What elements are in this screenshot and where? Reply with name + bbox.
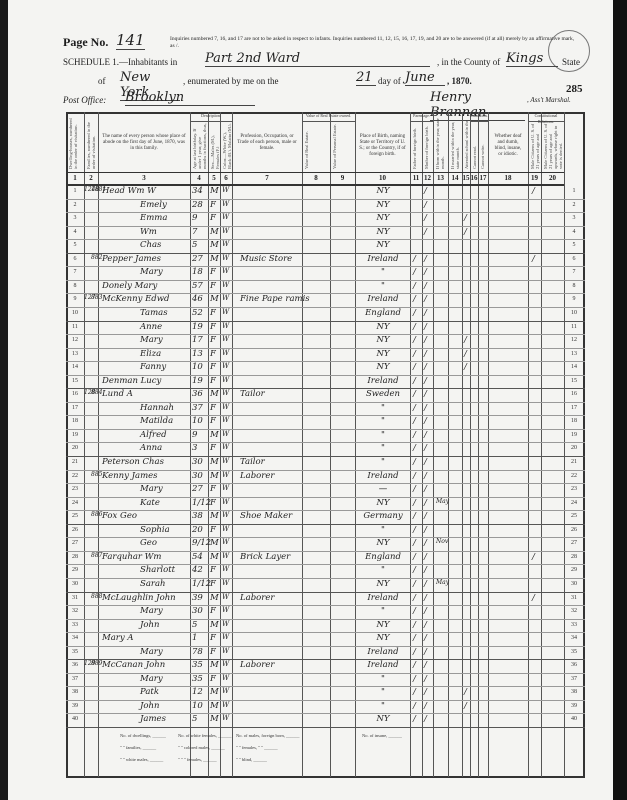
row-number-left: 12: [68, 337, 82, 343]
cell-birthplace: Ireland: [360, 647, 406, 657]
row-number-right: 33: [567, 622, 581, 628]
row-number-right: 29: [567, 567, 581, 573]
row-number-right: 1: [567, 188, 581, 194]
cell-age: 5: [192, 714, 197, 724]
cell-c12: /: [424, 281, 427, 291]
cell-birthplace: NY: [360, 538, 406, 548]
cell-birthplace: ": [360, 403, 406, 413]
row-number-right: 25: [567, 513, 581, 519]
cell-c11: /: [413, 687, 416, 697]
row-number-left: 10: [68, 310, 82, 316]
column-number-6: 6: [220, 174, 232, 182]
cell-c11: /: [413, 471, 416, 481]
cell-sex: M: [210, 471, 219, 481]
cell-c12: /: [424, 647, 427, 657]
cell-c12: /: [424, 633, 427, 643]
cell-c11: /: [413, 416, 416, 426]
cell-sex: F: [210, 403, 216, 413]
row-number-left: 8: [68, 283, 82, 289]
row-number-right: 18: [567, 418, 581, 424]
cell-color: W: [222, 322, 229, 330]
column-header-18: Whether deaf and dumb, blind, insane, or…: [492, 134, 524, 158]
cell-c11: /: [413, 606, 416, 616]
cell-c12: /: [424, 227, 427, 237]
cell-sex: M: [210, 593, 219, 603]
row-number-right: 32: [567, 608, 581, 614]
cell-age: 20: [192, 525, 203, 535]
row-number-left: 11: [68, 324, 82, 330]
cell-age: 30: [192, 606, 203, 616]
column-number-7: 7: [232, 174, 302, 182]
cell-age: 19: [192, 322, 203, 332]
cell-family: 886: [91, 511, 102, 518]
cell-c15: /: [464, 227, 467, 237]
cell-name: Mary: [140, 647, 163, 657]
column-number-8: 8: [302, 174, 330, 182]
column-number-9: 9: [330, 174, 355, 182]
cell-c11: /: [413, 349, 416, 359]
row-number-right: 5: [567, 242, 581, 248]
cell-name: Geo: [140, 538, 157, 548]
row-number-left: 23: [68, 486, 82, 492]
cell-name: Anne: [140, 322, 162, 332]
post-office-value: Brooklyn: [125, 90, 255, 106]
row-number-right: 12: [567, 337, 581, 343]
cell-c11: /: [413, 660, 416, 670]
row-number-right: 24: [567, 500, 581, 506]
cell-birthplace: England: [360, 308, 406, 318]
row-number-right: 14: [567, 364, 581, 370]
row-number-left: 29: [68, 567, 82, 573]
cell-name: Mary: [140, 335, 163, 345]
row-number-left: 24: [68, 500, 82, 506]
column-number-10: 10: [355, 174, 410, 182]
cell-color: W: [222, 349, 229, 357]
month-value: June: [405, 70, 445, 86]
cell-c15: /: [464, 362, 467, 372]
cell-name: Peterson Chas: [102, 457, 164, 467]
page-number-label: Page No.: [63, 35, 108, 50]
row-number-right: 36: [567, 662, 581, 668]
row-divider: [66, 632, 585, 633]
row-number-left: 36: [68, 662, 82, 668]
county-value: Kings: [506, 51, 558, 67]
cell-color: W: [222, 579, 229, 587]
row-number-left: 3: [68, 215, 82, 221]
cell-name: Sophia: [140, 525, 170, 535]
row-number-right: 6: [567, 256, 581, 262]
footer-summary: No. of males, foreign born, ______: [236, 733, 300, 738]
row-number-right: 8: [567, 283, 581, 289]
cell-c11: /: [413, 701, 416, 711]
cell-name: Sarah: [140, 579, 166, 589]
row-number-right: 21: [567, 459, 581, 465]
enumerated-label: , enumerated by me on the: [183, 76, 278, 86]
column-header-12: Mother of foreign birth.: [424, 123, 432, 169]
cell-age: 1: [192, 633, 197, 643]
cell-color: W: [222, 403, 229, 411]
cell-sex: M: [210, 227, 219, 237]
column-header-8: Value of Real Estate.: [304, 123, 329, 169]
cell-family: 883: [91, 294, 102, 301]
row-number-left: 21: [68, 459, 82, 465]
column-number-5: 5: [208, 174, 220, 182]
cell-c11: /: [413, 511, 416, 521]
column-number-1: 1: [66, 174, 84, 182]
cell-family: 882: [91, 254, 102, 261]
footer-summary: " " white males, ______: [120, 757, 163, 762]
row-number-left: 34: [68, 635, 82, 641]
cell-name: Hannah: [140, 403, 174, 413]
row-number-right: 26: [567, 527, 581, 533]
cell-color: W: [222, 633, 229, 641]
cell-c12: /: [424, 687, 427, 697]
cell-age: 36: [192, 389, 203, 399]
cell-sex: M: [210, 186, 219, 196]
cell-c15: /: [464, 687, 467, 697]
cell-age: 7: [192, 227, 197, 237]
row-number-left: 27: [68, 540, 82, 546]
cell-age: 52: [192, 308, 203, 318]
page-number-value: 141: [116, 31, 145, 50]
cell-c11: /: [413, 443, 416, 453]
row-number-left: 30: [68, 581, 82, 587]
row-number-left: 33: [68, 622, 82, 628]
row-number-left: 2: [68, 202, 82, 208]
group-header-divider: [410, 121, 433, 122]
column-header-1: Dwelling-houses, numbered in the order o…: [68, 115, 83, 169]
cell-age: 1/12: [192, 498, 211, 508]
cell-c11: /: [413, 389, 416, 399]
cell-sex: M: [210, 538, 219, 548]
cell-name: Matilda: [140, 416, 173, 426]
cell-c11: /: [413, 579, 416, 589]
cell-family: 887: [91, 552, 102, 559]
cell-age: 38: [192, 511, 203, 521]
column-header-7: Profession, Occupation, or Trade of each…: [236, 134, 298, 152]
row-number-right: 20: [567, 445, 581, 451]
cell-c11: /: [413, 525, 416, 535]
cell-color: W: [222, 294, 229, 302]
cell-c12: /: [424, 376, 427, 386]
footer-summary: No. of white females, ______: [178, 733, 232, 738]
row-number-right: 34: [567, 635, 581, 641]
cell-family: 889: [91, 660, 102, 667]
cell-occupation: Brick Layer: [240, 552, 290, 562]
column-header-3: The name of every person whose place of …: [102, 134, 186, 152]
cell-color: W: [222, 484, 229, 492]
cell-color: W: [222, 647, 229, 655]
cell-color: W: [222, 240, 229, 248]
column-number-12: 12: [422, 174, 433, 182]
column-header-13: If born within the year, state month.: [435, 115, 447, 169]
schedule-label: SCHEDULE 1.—Inhabitants in: [63, 57, 177, 67]
cell-age: 10: [192, 416, 203, 426]
column-number-2: 2: [84, 174, 98, 182]
cell-birthplace: NY: [360, 213, 406, 223]
cell-c12: /: [424, 620, 427, 630]
cell-sex: F: [210, 335, 216, 345]
cell-age: 42: [192, 565, 203, 575]
cell-c12: /: [424, 389, 427, 399]
cell-age: 35: [192, 660, 203, 670]
row-number-left: 20: [68, 445, 82, 451]
row-number-left: 35: [68, 649, 82, 655]
cell-color: W: [222, 430, 229, 438]
cell-name: Alfred: [140, 430, 167, 440]
cell-c12: /: [424, 186, 427, 196]
column-header-17: Cannot write.: [480, 123, 487, 169]
cell-c13: May: [436, 498, 449, 505]
county-label: , in the County of: [437, 57, 500, 67]
cell-birthplace: NY: [360, 240, 406, 250]
cell-birthplace: —: [360, 484, 406, 494]
row-number-right: 11: [567, 324, 581, 330]
cell-c11: /: [413, 498, 416, 508]
cell-c11: /: [413, 538, 416, 548]
cell-c12: /: [424, 471, 427, 481]
cell-birthplace: NY: [360, 227, 406, 237]
cell-c12: /: [424, 362, 427, 372]
row-number-left: 28: [68, 554, 82, 560]
cell-occupation: Laborer: [240, 660, 274, 670]
cell-c19: /: [532, 593, 535, 603]
marshal-label: , Ass't Marshal.: [527, 96, 571, 104]
cell-age: 5: [192, 620, 197, 630]
cell-c12: /: [424, 335, 427, 345]
post-office-label: Post Office:: [63, 95, 106, 105]
row-number-right: 30: [567, 581, 581, 587]
cell-age: 19: [192, 376, 203, 386]
cell-age: 30: [192, 471, 203, 481]
row-number-right: 3: [567, 215, 581, 221]
cell-color: W: [222, 457, 229, 465]
cell-name: McLaughlin John: [102, 593, 176, 603]
cell-sex: M: [210, 552, 219, 562]
cell-color: W: [222, 714, 229, 722]
footer-summary: " " blind, ______: [236, 757, 267, 762]
column-header-4: Age at last birthday. If under 1 year, g…: [192, 123, 207, 169]
cell-c11: /: [413, 620, 416, 630]
cell-c11: /: [413, 322, 416, 332]
cell-age: 12: [192, 687, 203, 697]
cell-sex: M: [210, 240, 219, 250]
cell-age: 57: [192, 281, 203, 291]
cell-c12: /: [424, 525, 427, 535]
row-number-left: 18: [68, 418, 82, 424]
row-number-right: 39: [567, 703, 581, 709]
row-number-left: 38: [68, 689, 82, 695]
cell-age: 54: [192, 552, 203, 562]
cell-age: 9: [192, 430, 197, 440]
row-number-right: 13: [567, 351, 581, 357]
cell-c12: /: [424, 606, 427, 616]
cell-color: W: [222, 538, 229, 546]
footer-summary: " " " females, ______: [178, 757, 217, 762]
scan-border-left: [0, 0, 8, 800]
row-number-right: 19: [567, 432, 581, 438]
row-number-right: 15: [567, 378, 581, 384]
row-number-left: 9: [68, 296, 82, 302]
cell-birthplace: Ireland: [360, 471, 406, 481]
cell-name: Sharlott: [140, 565, 175, 575]
cell-name: Mary: [140, 674, 163, 684]
row-number-left: 31: [68, 595, 82, 601]
cell-color: W: [222, 186, 229, 194]
cell-name: Emma: [140, 213, 167, 223]
cell-name: Mary A: [102, 633, 133, 643]
cell-age: 35: [192, 674, 203, 684]
cell-age: 10: [192, 362, 203, 372]
cell-color: W: [222, 376, 229, 384]
cell-c12: /: [424, 660, 427, 670]
cell-c12: /: [424, 714, 427, 724]
cell-color: W: [222, 213, 229, 221]
row-number-left: 25: [68, 513, 82, 519]
cell-sex: F: [210, 674, 216, 684]
row-number-right: 17: [567, 405, 581, 411]
cell-sex: F: [210, 416, 216, 426]
row-number-right: 10: [567, 310, 581, 316]
cell-birthplace: NY: [360, 349, 406, 359]
cell-c11: /: [413, 593, 416, 603]
cell-age: 5: [192, 240, 197, 250]
cell-c12: /: [424, 294, 427, 304]
cell-age: 9: [192, 213, 197, 223]
cell-occupation: Music Store: [240, 254, 292, 264]
cell-c11: /: [413, 308, 416, 318]
cell-name: Mary: [140, 606, 163, 616]
cell-family: 888: [91, 593, 102, 600]
cell-birthplace: ": [360, 430, 406, 440]
cell-c15: /: [464, 701, 467, 711]
cell-name: Donely Mary: [102, 281, 157, 291]
row-number-left: 26: [68, 527, 82, 533]
cell-name: Head Wm W: [102, 186, 156, 196]
cell-birthplace: NY: [360, 620, 406, 630]
day-of-label: day of: [378, 76, 401, 86]
cell-age: 37: [192, 403, 203, 413]
cell-birthplace: ": [360, 701, 406, 711]
cell-c15: /: [464, 213, 467, 223]
footer-insane-count: No. of insane, ______: [362, 733, 402, 738]
cell-c11: /: [413, 714, 416, 724]
cell-birthplace: ": [360, 674, 406, 684]
cell-color: W: [222, 281, 229, 289]
cell-name: James: [140, 714, 166, 724]
cell-age: 34: [192, 186, 203, 196]
row-number-left: 40: [68, 716, 82, 722]
cell-occupation: Tailor: [240, 389, 265, 399]
cell-birthplace: ": [360, 281, 406, 291]
row-number-left: 5: [68, 242, 82, 248]
cell-c12: /: [424, 457, 427, 467]
cell-age: 27: [192, 254, 203, 264]
cell-age: 18: [192, 267, 203, 277]
cell-color: W: [222, 511, 229, 519]
footer-summary: No. of dwellings, ______: [120, 733, 166, 738]
cell-birthplace: NY: [360, 362, 406, 372]
column-header-16: Cannot read.: [472, 123, 477, 169]
cell-birthplace: NY: [360, 714, 406, 724]
cell-birthplace: NY: [360, 633, 406, 643]
cell-c12: /: [424, 701, 427, 711]
cell-sex: F: [210, 376, 216, 386]
cell-family: 885: [91, 471, 102, 478]
cell-color: W: [222, 660, 229, 668]
row-number-left: 39: [68, 703, 82, 709]
cell-color: W: [222, 565, 229, 573]
cell-name: Mary: [140, 267, 163, 277]
cell-birthplace: England: [360, 552, 406, 562]
cell-birthplace: ": [360, 687, 406, 697]
cell-age: 17: [192, 335, 203, 345]
cell-birthplace: Ireland: [360, 254, 406, 264]
cell-color: W: [222, 362, 229, 370]
column-number-16: 16: [470, 174, 478, 182]
cell-c11: /: [413, 403, 416, 413]
cell-c12: /: [424, 498, 427, 508]
cell-sex: F: [210, 213, 216, 223]
column-number-17: 17: [478, 174, 488, 182]
cell-sex: F: [210, 484, 216, 494]
cell-name: Kenny James: [102, 471, 158, 481]
row-number-left: 4: [68, 229, 82, 235]
cell-age: 3: [192, 443, 197, 453]
cell-c12: /: [424, 484, 427, 494]
cell-sex: M: [210, 660, 219, 670]
cell-c12: /: [424, 674, 427, 684]
column-number-19: 19: [528, 174, 541, 182]
cell-c15: /: [464, 349, 467, 359]
cell-sex: F: [210, 349, 216, 359]
cell-age: 1/12: [192, 579, 211, 589]
group-header-divider: [470, 121, 488, 122]
cell-c11: /: [413, 362, 416, 372]
cell-sex: F: [210, 606, 216, 616]
cell-sex: M: [210, 620, 219, 630]
cell-name: Wm: [140, 227, 157, 237]
column-number-18: 18: [488, 174, 528, 182]
day-value: 21: [356, 70, 376, 86]
row-number-left: 22: [68, 473, 82, 479]
group-header-divider: [302, 121, 355, 122]
cell-sex: M: [210, 714, 219, 724]
cell-name: Kate: [140, 498, 160, 508]
cell-c19: /: [532, 552, 535, 562]
cell-c12: /: [424, 443, 427, 453]
group-header-divider: [190, 121, 232, 122]
cell-name: Eliza: [140, 349, 161, 359]
row-number-left: 14: [68, 364, 82, 370]
cell-c12: /: [424, 565, 427, 575]
cell-sex: F: [210, 565, 216, 575]
cell-c11: /: [413, 281, 416, 291]
cell-c11: /: [413, 552, 416, 562]
column-number-4: 4: [190, 174, 208, 182]
cell-sex: F: [210, 267, 216, 277]
cell-occupation: Laborer: [240, 471, 274, 481]
cell-sex: M: [210, 430, 219, 440]
cell-color: W: [222, 227, 229, 235]
cell-c12: /: [424, 579, 427, 589]
cell-c11: /: [413, 376, 416, 386]
cell-c11: /: [413, 674, 416, 684]
cell-color: W: [222, 416, 229, 424]
cell-c11: /: [413, 647, 416, 657]
cell-name: Mary: [140, 484, 163, 494]
column-header-6: Color.—White (W.), Black (B.), Mulatto (…: [222, 123, 231, 169]
